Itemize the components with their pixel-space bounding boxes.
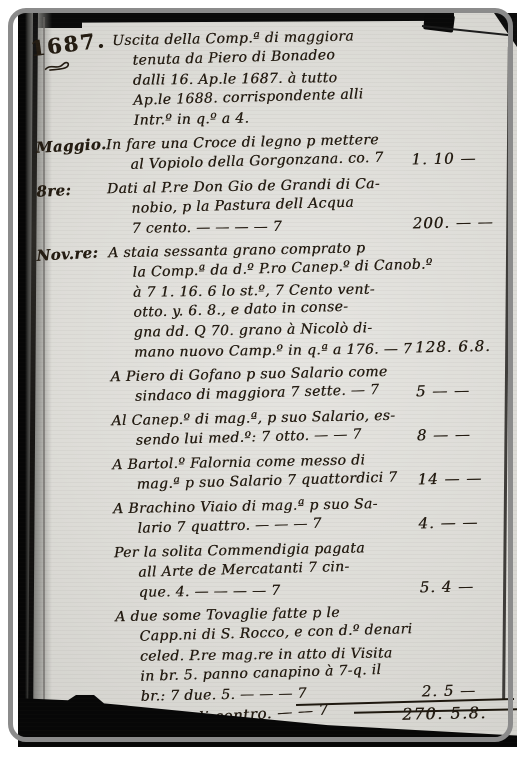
ledger-entry: A Piero di Gofano p suo Salario comesind… (40, 360, 512, 409)
entry-line: nobio, p la Pastura dell Acqua (131, 191, 402, 219)
entries: 1687.Uscita della Comp.ª di maggioratenu… (34, 24, 517, 709)
month-label (42, 498, 110, 542)
entry-lines: A staia sessanta grano comprato pla Comp… (108, 238, 405, 364)
page-right-edge-line-2 (512, 43, 513, 703)
scan-bottom-edge (18, 695, 517, 747)
handwritten-text-layer: 1687.Uscita della Comp.ª di maggioratenu… (34, 24, 517, 745)
entry-line: Ap.le 1688. corrispondente alli (133, 83, 400, 110)
entry-line: Al Canep.º di mag.ª, p suo Salario, es- (111, 406, 406, 432)
entry-lines: A Brachino Viaio di mag.ª p suo Sa-lario… (113, 494, 409, 540)
entry-line: celed. P.re mag.re in atto di Visita (140, 643, 411, 667)
ledger-entry: Nov.re:A staia sessanta grano comprato p… (38, 236, 511, 365)
entry-lines: Per la solita Commendigia pagataall Arte… (114, 538, 410, 604)
ledger-entry: 8re:Dati al P.re Don Gio de Grandi di Ca… (37, 172, 509, 241)
scan-top-edge (18, 13, 454, 23)
entry-amount: 4. — — (412, 512, 514, 534)
entry-line: mano nuovo Camp.º in q.ª a 176. — 7 (134, 339, 405, 363)
entry-line: Per la solita Commendigia pagata (114, 538, 409, 564)
entry-line: Uscita della Comp.ª di maggiora (112, 26, 399, 52)
entry-line: à 7 1. 16. 6 lo st.º, 7 Cento vent- (133, 279, 404, 303)
entry-amount: 5. 4 — (413, 576, 515, 598)
sum-amount: 270. 5.8. (402, 702, 517, 723)
entry-line: dalli 16. Ap.le 1687. à tutto (133, 67, 400, 90)
entry-amount: 200. — — (406, 212, 508, 234)
month-label (43, 542, 112, 605)
entry-line: otto. y. 6. 8., e dato in conse- (133, 295, 404, 323)
entry-amount: 8 — — (411, 424, 513, 446)
entry-lines: Al Canep.º di mag.ª, p suo Salario, es-s… (111, 406, 407, 452)
entry-line: In fare una Croce di legno p mettere (106, 130, 401, 156)
entry-lines: In fare una Croce di legno p mettereal V… (106, 130, 402, 176)
entry-line: Intr.º in q.º a 4. (133, 106, 400, 131)
entry-line: la Comp.ª da d.º P.ro Canep.º di Canob.º (132, 255, 403, 283)
entry-line: all Arte de Mercatanti 7 cin- (138, 555, 409, 583)
page-top-edge-line (422, 25, 517, 37)
entry-line: tenuta da Piero di Bonadeo (132, 43, 399, 70)
entry-line: in br. 5. panno canapino à 7-q. il (140, 659, 411, 687)
entry-amount: 14 — — (411, 468, 513, 490)
entry-line: mag.ª p suo Salario 7 quattordici 7 (136, 467, 407, 495)
entry-line: A Piero di Gofano p suo Salario come (110, 362, 405, 388)
entry-line: A Bartol.º Falornia come messo di (112, 450, 407, 476)
entry-line: al Vopiolo della Gorgonzana. co. 7 (130, 147, 401, 175)
entry-lines: A Bartol.º Falornia come messo dimag.ª p… (112, 450, 408, 496)
entry-lines: A Piero di Gofano p suo Salario comesind… (110, 362, 406, 408)
sum-underline-bottom (354, 708, 517, 713)
month-label (43, 606, 114, 709)
entry-line: A staia sessanta grano comprato p (108, 238, 403, 264)
entry-amount (405, 124, 507, 126)
entry-line: Capp.ni di S. Rocco, e con d.º denari (139, 619, 410, 647)
entry-line: A due some Tovaglie fatte p le (115, 602, 410, 628)
entry-amount: 128. 6.8. (409, 336, 511, 358)
sum-underline-top (296, 698, 514, 706)
entry-line: Dati al P.re Don Gio de Grandi di Ca- (107, 174, 402, 200)
entry-line: A Brachino Viaio di mag.ª p suo Sa- (113, 494, 408, 520)
entry-lines: Uscita della Comp.ª di maggioratenuta da… (104, 26, 401, 132)
page-right-edge-line (502, 47, 511, 699)
ledger-entry: 1687.Uscita della Comp.ª di maggioratenu… (34, 24, 507, 133)
entry-amount: 5 — — (410, 380, 512, 402)
entry-line: sindaco di maggiora 7 sette. — 7 (135, 379, 406, 407)
entry-amount: 1. 10 — (405, 148, 507, 170)
entry-lines: Dati al P.re Don Gio de Grandi di Ca-nob… (107, 174, 403, 240)
scan-top-right-corner (489, 13, 517, 47)
ledger-entry: Al Canep.º di mag.ª, p suo Salario, es-s… (41, 404, 513, 453)
entry-line: que. 4. — — — — 7 (139, 579, 410, 603)
ledger-entry: A Bartol.º Falornia come messo dimag.ª p… (42, 448, 514, 497)
entry-line: gna dd. Q 70. grano à Nicolò di- (134, 318, 405, 343)
ledger-entry: A due some Tovaglie fatte p leCapp.ni di… (45, 600, 517, 709)
ledger-entry: A Brachino Viaio di mag.ª p suo Sa-lario… (43, 492, 515, 541)
book-binding-fold-line-2 (43, 17, 45, 747)
entry-line: lario 7 quattro. — — — 7 (137, 511, 408, 539)
entry-lines: A due some Tovaglie fatte p leCapp.ni di… (115, 602, 412, 708)
scanned-ledger-page: 1687.Uscita della Comp.ª di maggioratenu… (18, 13, 517, 747)
entry-line: 7 cento. — — — — 7 (132, 215, 403, 239)
ledger-entry: Maggio.In fare una Croce di legno p mett… (36, 128, 508, 177)
entry-line: sendo lui med.º: 7 otto. — — 7 (136, 423, 407, 451)
ledger-entry: Per la solita Commendigia pagataall Arte… (44, 536, 516, 605)
